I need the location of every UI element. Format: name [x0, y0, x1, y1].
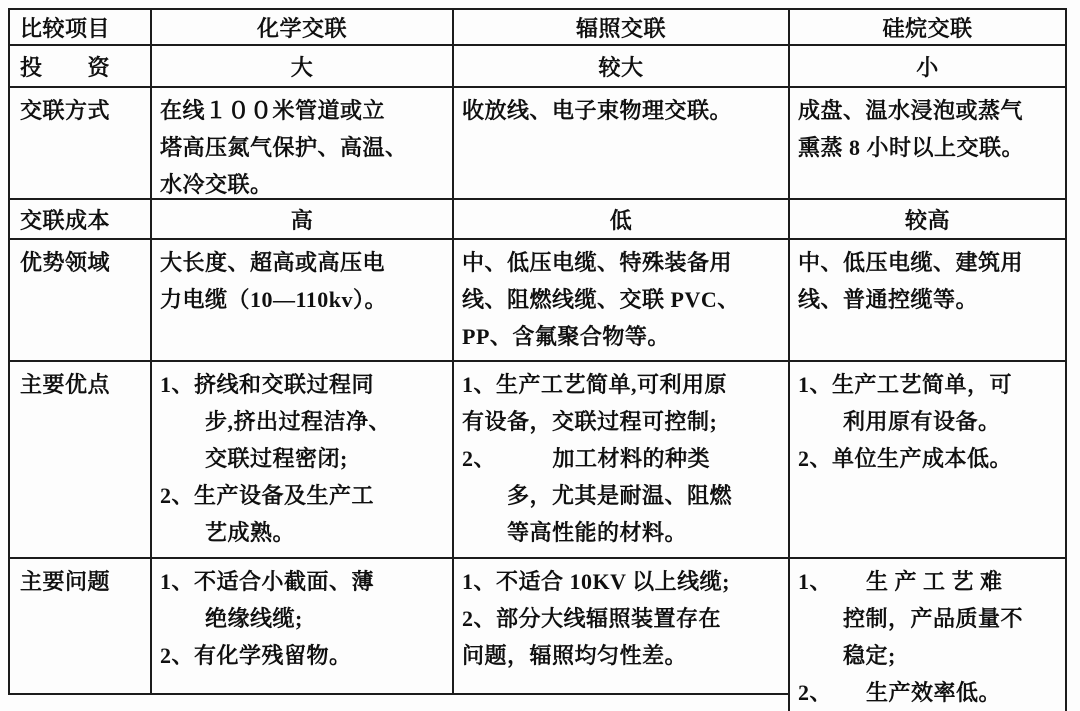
- comparison-table: 比较项目 化学交联 辐照交联 硅烷交联 投 资 大 较大 小 交联方式 在线１０…: [8, 8, 1067, 695]
- header-silane-crosslinking: 硅烷交联: [790, 10, 1067, 46]
- header-chemical-crosslinking: 化学交联: [152, 10, 454, 46]
- cell-advantages-silane: 1、生产工艺简单，可 利用原有设备。 2、单位生产成本低。: [790, 362, 1067, 559]
- header-comparison-item: 比较项目: [10, 10, 152, 46]
- cell-fields-irradiation: 中、低压电缆、特殊装备用 线、阻燃线缆、交联 PVC、 PP、含氟聚合物等。: [454, 240, 790, 362]
- cell-investment-chemical: 大: [152, 46, 454, 88]
- table-border-extension-right: [1065, 695, 1067, 711]
- cell-problems-irradiation: 1、不适合 10KV 以上线缆; 2、部分大线辐照装置存在 问题，辐照均匀性差。: [454, 559, 790, 695]
- cell-advantages-chemical: 1、挤线和交联过程同 步,挤出过程洁净、 交联过程密闭; 2、生产设备及生产工 …: [152, 362, 454, 559]
- cell-advantages-irradiation: 1、生产工艺简单,可利用原 有设备，交联过程可控制; 2、 加工材料的种类 多，…: [454, 362, 790, 559]
- label-investment: 投 资: [10, 46, 152, 88]
- header-irradiation-crosslinking: 辐照交联: [454, 10, 790, 46]
- label-main-problems: 主要问题: [10, 559, 152, 695]
- cell-fields-silane: 中、低压电缆、建筑用 线、普通控缆等。: [790, 240, 1067, 362]
- cell-investment-silane: 小: [790, 46, 1067, 88]
- cell-method-silane: 成盘、温水浸泡或蒸气 熏蒸 8 小时以上交联。: [790, 88, 1067, 200]
- cell-cost-chemical: 高: [152, 200, 454, 240]
- cell-cost-irradiation: 低: [454, 200, 790, 240]
- label-advantage-fields: 优势领域: [10, 240, 152, 362]
- cell-cost-silane: 较高: [790, 200, 1067, 240]
- label-crosslinking-method: 交联方式: [10, 88, 152, 200]
- document-page: 比较项目 化学交联 辐照交联 硅烷交联 投 资 大 较大 小 交联方式 在线１０…: [0, 0, 1080, 711]
- label-main-advantages: 主要优点: [10, 362, 152, 559]
- cell-method-irradiation: 收放线、电子束物理交联。: [454, 88, 790, 200]
- table-border-extension-left: [788, 695, 790, 711]
- label-crosslinking-cost: 交联成本: [10, 200, 152, 240]
- cell-problems-silane: 1、 生 产 工 艺 难 控制，产品质量不 稳定; 2、 生产效率低。: [790, 559, 1067, 695]
- cell-method-chemical: 在线１００米管道或立 塔高压氮气保护、高温、 水冷交联。: [152, 88, 454, 200]
- cell-fields-chemical: 大长度、超高或高压电 力电缆（10—110kv）。: [152, 240, 454, 362]
- cell-investment-irradiation: 较大: [454, 46, 790, 88]
- cell-problems-chemical: 1、不适合小截面、薄 绝缘线缆; 2、有化学残留物。: [152, 559, 454, 695]
